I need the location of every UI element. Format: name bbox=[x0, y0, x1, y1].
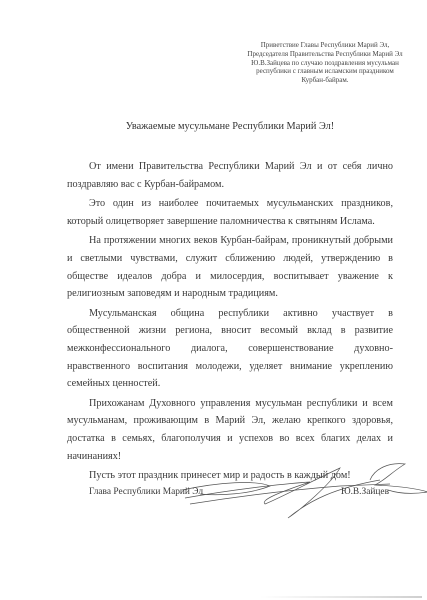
header-note-line: Курбан-байрам. bbox=[232, 76, 418, 85]
signatory-name: Ю.В.Зайцев bbox=[341, 487, 389, 497]
header-note: Приветствие Главы Республики Марий Эл, П… bbox=[232, 41, 418, 85]
header-note-line: Председателя Правительства Республики Ма… bbox=[232, 50, 418, 59]
paragraph: Мусульманская община республики активно … bbox=[67, 305, 393, 393]
paragraph: Это один из наиболее почитаемых мусульма… bbox=[67, 195, 393, 230]
paragraph: Прихожанам Духовного управления мусульма… bbox=[67, 395, 393, 465]
letter-page: Приветствие Главы Республики Марий Эл, П… bbox=[0, 0, 427, 600]
header-note-line: Приветствие Главы Республики Марий Эл, bbox=[232, 41, 418, 50]
letter-body: От имени Правительства Республики Марий … bbox=[67, 158, 393, 487]
header-note-line: Ю.В.Зайцева по случаю поздравления мусул… bbox=[232, 59, 418, 68]
signatory-title: Глава Республики Марий Эл bbox=[89, 487, 203, 497]
header-note-line: республики с главным исламским празднико… bbox=[232, 67, 418, 76]
page-edge-shadow bbox=[260, 596, 422, 598]
paragraph: От имени Правительства Республики Марий … bbox=[67, 158, 393, 193]
greeting: Уважаемые мусульмане Республики Марий Эл… bbox=[60, 121, 400, 132]
paragraph: На протяжении многих веков Курбан-байрам… bbox=[67, 232, 393, 302]
signature-row: Глава Республики Марий Эл Ю.В.Зайцев bbox=[89, 483, 389, 513]
